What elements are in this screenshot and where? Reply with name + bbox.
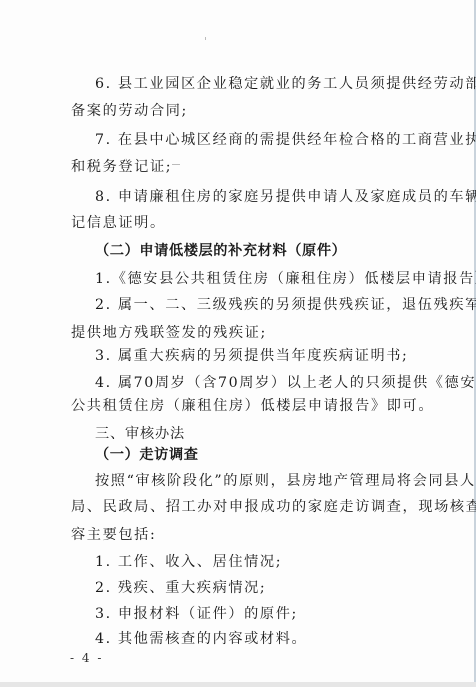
text-line: 4. 其他需核查的内容或材料。 [95, 630, 307, 648]
text-line: 8. 申请廉租住房的家庭另提供申请人及家庭成员的车辆登 [95, 188, 476, 206]
text-line: 2. 属一、二、三级残疾的另须提供残疾证，退伍残疾军人 [95, 296, 476, 314]
text-line: 记信息证明。 [71, 214, 166, 232]
section-heading: 三、审核办法 [95, 425, 185, 443]
text-line: 1. 工作、收入、居住情况; [95, 553, 282, 571]
text-line: 3. 属重大疾病的另须提供当年度疾病证明书; [95, 347, 408, 365]
text-line: 3. 申报材料（证件）的原件; [95, 605, 298, 623]
text-line: 局、民政局、招工办对申报成功的家庭走访调查，现场核查内 [71, 498, 476, 516]
text-line: 备案的劳动合同; [71, 102, 188, 120]
text-line: 公共租赁住房（廉租住房）低楼层申请报告》即可。 [71, 397, 434, 415]
text-line: 和税务登记证; [71, 158, 172, 176]
section-heading: （二）申请低楼层的补充材料（原件） [95, 242, 346, 260]
text-line: 4. 属70周岁（含70周岁）以上老人的只须提供《德安县 [95, 374, 476, 392]
page-number: - 4 - [70, 651, 103, 665]
text-line: 1.《德安县公共租赁住房（廉租住房）低楼层申请报告》; [95, 270, 476, 288]
text-line: 容主要包括: [71, 526, 156, 544]
scan-speck [205, 37, 206, 40]
text-line: 2. 残疾、重大疾病情况; [95, 579, 266, 597]
document-page: 6. 县工业园区企业稳定就业的务工人员须提供经劳动部门备案的劳动合同;7. 在县… [0, 0, 476, 682]
text-line: 提供地方残联签发的残疾证; [71, 324, 267, 342]
scan-speck [172, 164, 180, 165]
text-line: 6. 县工业园区企业稳定就业的务工人员须提供经劳动部门 [95, 75, 476, 93]
text-line: 7. 在县中心城区经商的需提供经年检合格的工商营业执照 [95, 131, 476, 149]
section-heading: （一）走访调查 [95, 446, 199, 464]
text-line: 按照“审核阶段化”的原则，县房地产管理局将会同县人劳 [95, 472, 476, 490]
